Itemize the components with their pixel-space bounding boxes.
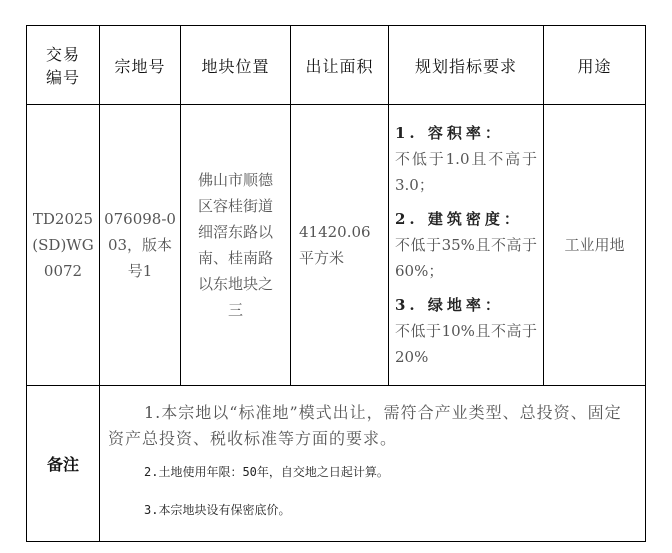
remark-note-3: 3.本宗地块设有保密底价。 xyxy=(144,500,635,520)
requirement-title: 2. 建筑密度： xyxy=(395,206,537,232)
requirement-text: 不低于35%且不高于60%； xyxy=(395,236,537,280)
header-parcel-no: 宗地号 xyxy=(100,26,181,105)
usage-cell: 工业用地 xyxy=(544,105,646,386)
requirement-title: 3. 绿地率： xyxy=(395,292,537,318)
remark-note-2: 2.土地使用年限：50年，自交地之日起计算。 xyxy=(144,462,635,482)
header-usage: 用途 xyxy=(544,26,646,105)
trade-no-cell: TD2025(SD)WG0072 xyxy=(27,105,100,386)
requirement-density: 2. 建筑密度：不低于35%且不高于60%； xyxy=(395,206,537,284)
table-row: TD2025(SD)WG0072 076098-003，版本号1 佛山市顺德区容… xyxy=(27,105,646,386)
remarks-row: 备注 1.本宗地以“标准地”模式出让，需符合产业类型、总投资、固定资产总投资、税… xyxy=(27,386,646,542)
area-cell: 41420.06平方米 xyxy=(291,105,389,386)
header-location: 地块位置 xyxy=(181,26,291,105)
header-trade-no-line2: 编号 xyxy=(46,68,80,87)
parcel-no-cell: 076098-003，版本号1 xyxy=(100,105,181,386)
header-trade-no-line1: 交易 xyxy=(46,45,80,64)
requirement-green: 3. 绿地率：不低于10%且不高于20% xyxy=(395,292,537,370)
header-area: 出让面积 xyxy=(291,26,389,105)
header-requirements: 规划指标要求 xyxy=(389,26,544,105)
requirement-title: 1. 容积率： xyxy=(395,120,537,146)
header-row: 交易 编号 宗地号 地块位置 出让面积 规划指标要求 用途 xyxy=(27,26,646,105)
land-transfer-table: 交易 编号 宗地号 地块位置 出让面积 规划指标要求 用途 TD2025(SD)… xyxy=(26,25,646,542)
requirement-text: 不低于1.0且不高于3.0； xyxy=(395,150,537,194)
header-trade-no: 交易 编号 xyxy=(27,26,100,105)
remark-note-1: 1.本宗地以“标准地”模式出让，需符合产业类型、总投资、固定资产总投资、税收标准… xyxy=(108,400,635,452)
requirement-far: 1. 容积率：不低于1.0且不高于3.0； xyxy=(395,120,537,198)
requirements-cell: 1. 容积率：不低于1.0且不高于3.0； 2. 建筑密度：不低于35%且不高于… xyxy=(389,105,544,386)
remarks-label: 备注 xyxy=(27,386,100,542)
remarks-content: 1.本宗地以“标准地”模式出让，需符合产业类型、总投资、固定资产总投资、税收标准… xyxy=(100,386,646,542)
location-cell: 佛山市顺德区容桂街道细滘东路以南、桂南路以东地块之三 xyxy=(181,105,291,386)
requirement-text: 不低于10%且不高于20% xyxy=(395,322,537,366)
